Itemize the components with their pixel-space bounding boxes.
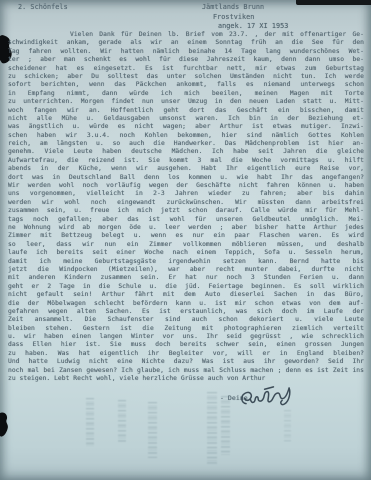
letter-line: zu haben. Was hat eigentlich ihr Begleit…	[8, 350, 364, 358]
ink-blot-lower-left	[0, 411, 11, 443]
letter-line: Zimmer mit Bettzeug belegt u. wenn es nu…	[8, 232, 364, 240]
letter-line: u. wir haben einen langen Winter vor uns…	[8, 333, 364, 341]
letter-line: reich, am längsten u. so auch die Handwe…	[8, 140, 364, 148]
sender-location-line2: Frostviken	[213, 13, 254, 21]
bleedthrough-mark	[86, 398, 94, 446]
letter-line: Tag fahren wollten. Wir hatten nämlich b…	[8, 48, 364, 56]
letter-line: schwindigkeit ankam, gerade als wir an e…	[8, 39, 364, 47]
bleedthrough-mark	[148, 402, 157, 458]
letter-line: Zeit ansammelt. Die Schaufenster sind au…	[8, 316, 364, 324]
bleedthrough-mark	[207, 392, 217, 464]
letter-line: gefahren wegen alten Sachen. Es ist erst…	[8, 308, 364, 316]
letter-line: mit anderen Kindern zusammen sein. Er ha…	[8, 274, 364, 282]
letter-line: werden wir wohl noch eingewandt zurückwü…	[8, 199, 364, 207]
letter-line: die der Möbelwagen schlecht befördern ka…	[8, 300, 364, 308]
letter-line: nicht alle Mühe u. Geldausgaben umsonst …	[8, 115, 364, 123]
letter-line: laufe ich bereits seit einer Woche nach …	[8, 249, 364, 257]
letter-line: scheidener hat es eingesetzt. Es ist fur…	[8, 65, 364, 73]
letter-line: zu unterrichten. Morgen findet nun unser…	[8, 98, 364, 106]
letter-line: Und hatte Ludwig nicht eine Nichte dazu?…	[8, 358, 364, 366]
letter-line: damit ich meine Geburtstagsgäste irgendw…	[8, 258, 364, 266]
letter-line: Wir werden wohl noch vorläufig wegen der…	[8, 182, 364, 190]
letter-body: Vielen Dank für Deinen lb. Brief vom 23.…	[8, 31, 364, 383]
letter-line: was ängstlich u. würde es nicht wagen; a…	[8, 123, 364, 131]
arrival-date-note: angek. 17 XI 1953	[218, 22, 288, 30]
letter-line: zu schicken; aber Du solltest das unter …	[8, 73, 364, 81]
letter-line: schen haben wir 3.u.4. noch Kohlen bekom…	[8, 132, 364, 140]
letter-line: Vielen Dank für Deinen lb. Brief vom 23.…	[8, 31, 364, 39]
letter-line: dass Ellen hier ist. Sie muss doch berei…	[8, 341, 364, 349]
letter-line: Aufwartefrau, die reizend ist. Sie kommt…	[8, 157, 364, 165]
letter-line: sofort berichten, wenn das Päckchen anko…	[8, 81, 364, 89]
page-label: 2. Schönfels	[18, 3, 68, 11]
letter-line: ter ; aber man schenkt es wohl für diese…	[8, 56, 364, 64]
letter-line: so leer, dass wir nun ein Zimmer vollkom…	[8, 241, 364, 249]
sender-location-line1: Jämtlands Brunn	[202, 3, 264, 11]
letter-line: ne Wohnung wird ab morgen öde u. leer we…	[8, 224, 364, 232]
letter-line: uns vorgenommen, vielleicht in 2-3 Jahre…	[8, 190, 364, 198]
handwritten-signature	[235, 383, 303, 422]
letter-line: jetzt die Windpocken (Mietzeilen), war a…	[8, 266, 364, 274]
letter-line: in Empfang nimmt, dann würde ich mich be…	[8, 90, 364, 98]
letter-line: genehm. Viele Leute haben deutsche Mädch…	[8, 148, 364, 156]
bleedthrough-mark	[221, 396, 230, 456]
letter-line: woch fangen wir an. Hoffentlich geht dor…	[8, 107, 364, 115]
letter-line: bleiben stehen. Gestern ist die Zeitung …	[8, 325, 364, 333]
letter-line: zu steigen. Lebt Recht wohl, viele herzl…	[8, 375, 364, 383]
letter-line: zusammen sein, u. freue ich mich jetzt s…	[8, 207, 364, 215]
scan-edge-strip	[296, 0, 371, 5]
letter-line: dort was in Deutschland Ball denn los ko…	[8, 174, 364, 182]
letter-line: abends in der Küche, wenn wir ausgehen. …	[8, 165, 364, 173]
bleedthrough-mark	[118, 400, 126, 442]
bleedthrough-mark	[284, 410, 291, 444]
letter-line: tags noch gefallen; aber das ist wohl fü…	[8, 216, 364, 224]
scanned-letter-page: 2. Schönfels Jämtlands Brunn Frostviken …	[0, 0, 371, 480]
letter-line: noch mal bei Zansen gewesen? Ich glaube,…	[8, 367, 364, 375]
letter-line: nicht gefault sein! Arthur fährt mit dem…	[8, 291, 364, 299]
letter-line: geht er 2 Tage in die Schule u. die jüd.…	[8, 283, 364, 291]
